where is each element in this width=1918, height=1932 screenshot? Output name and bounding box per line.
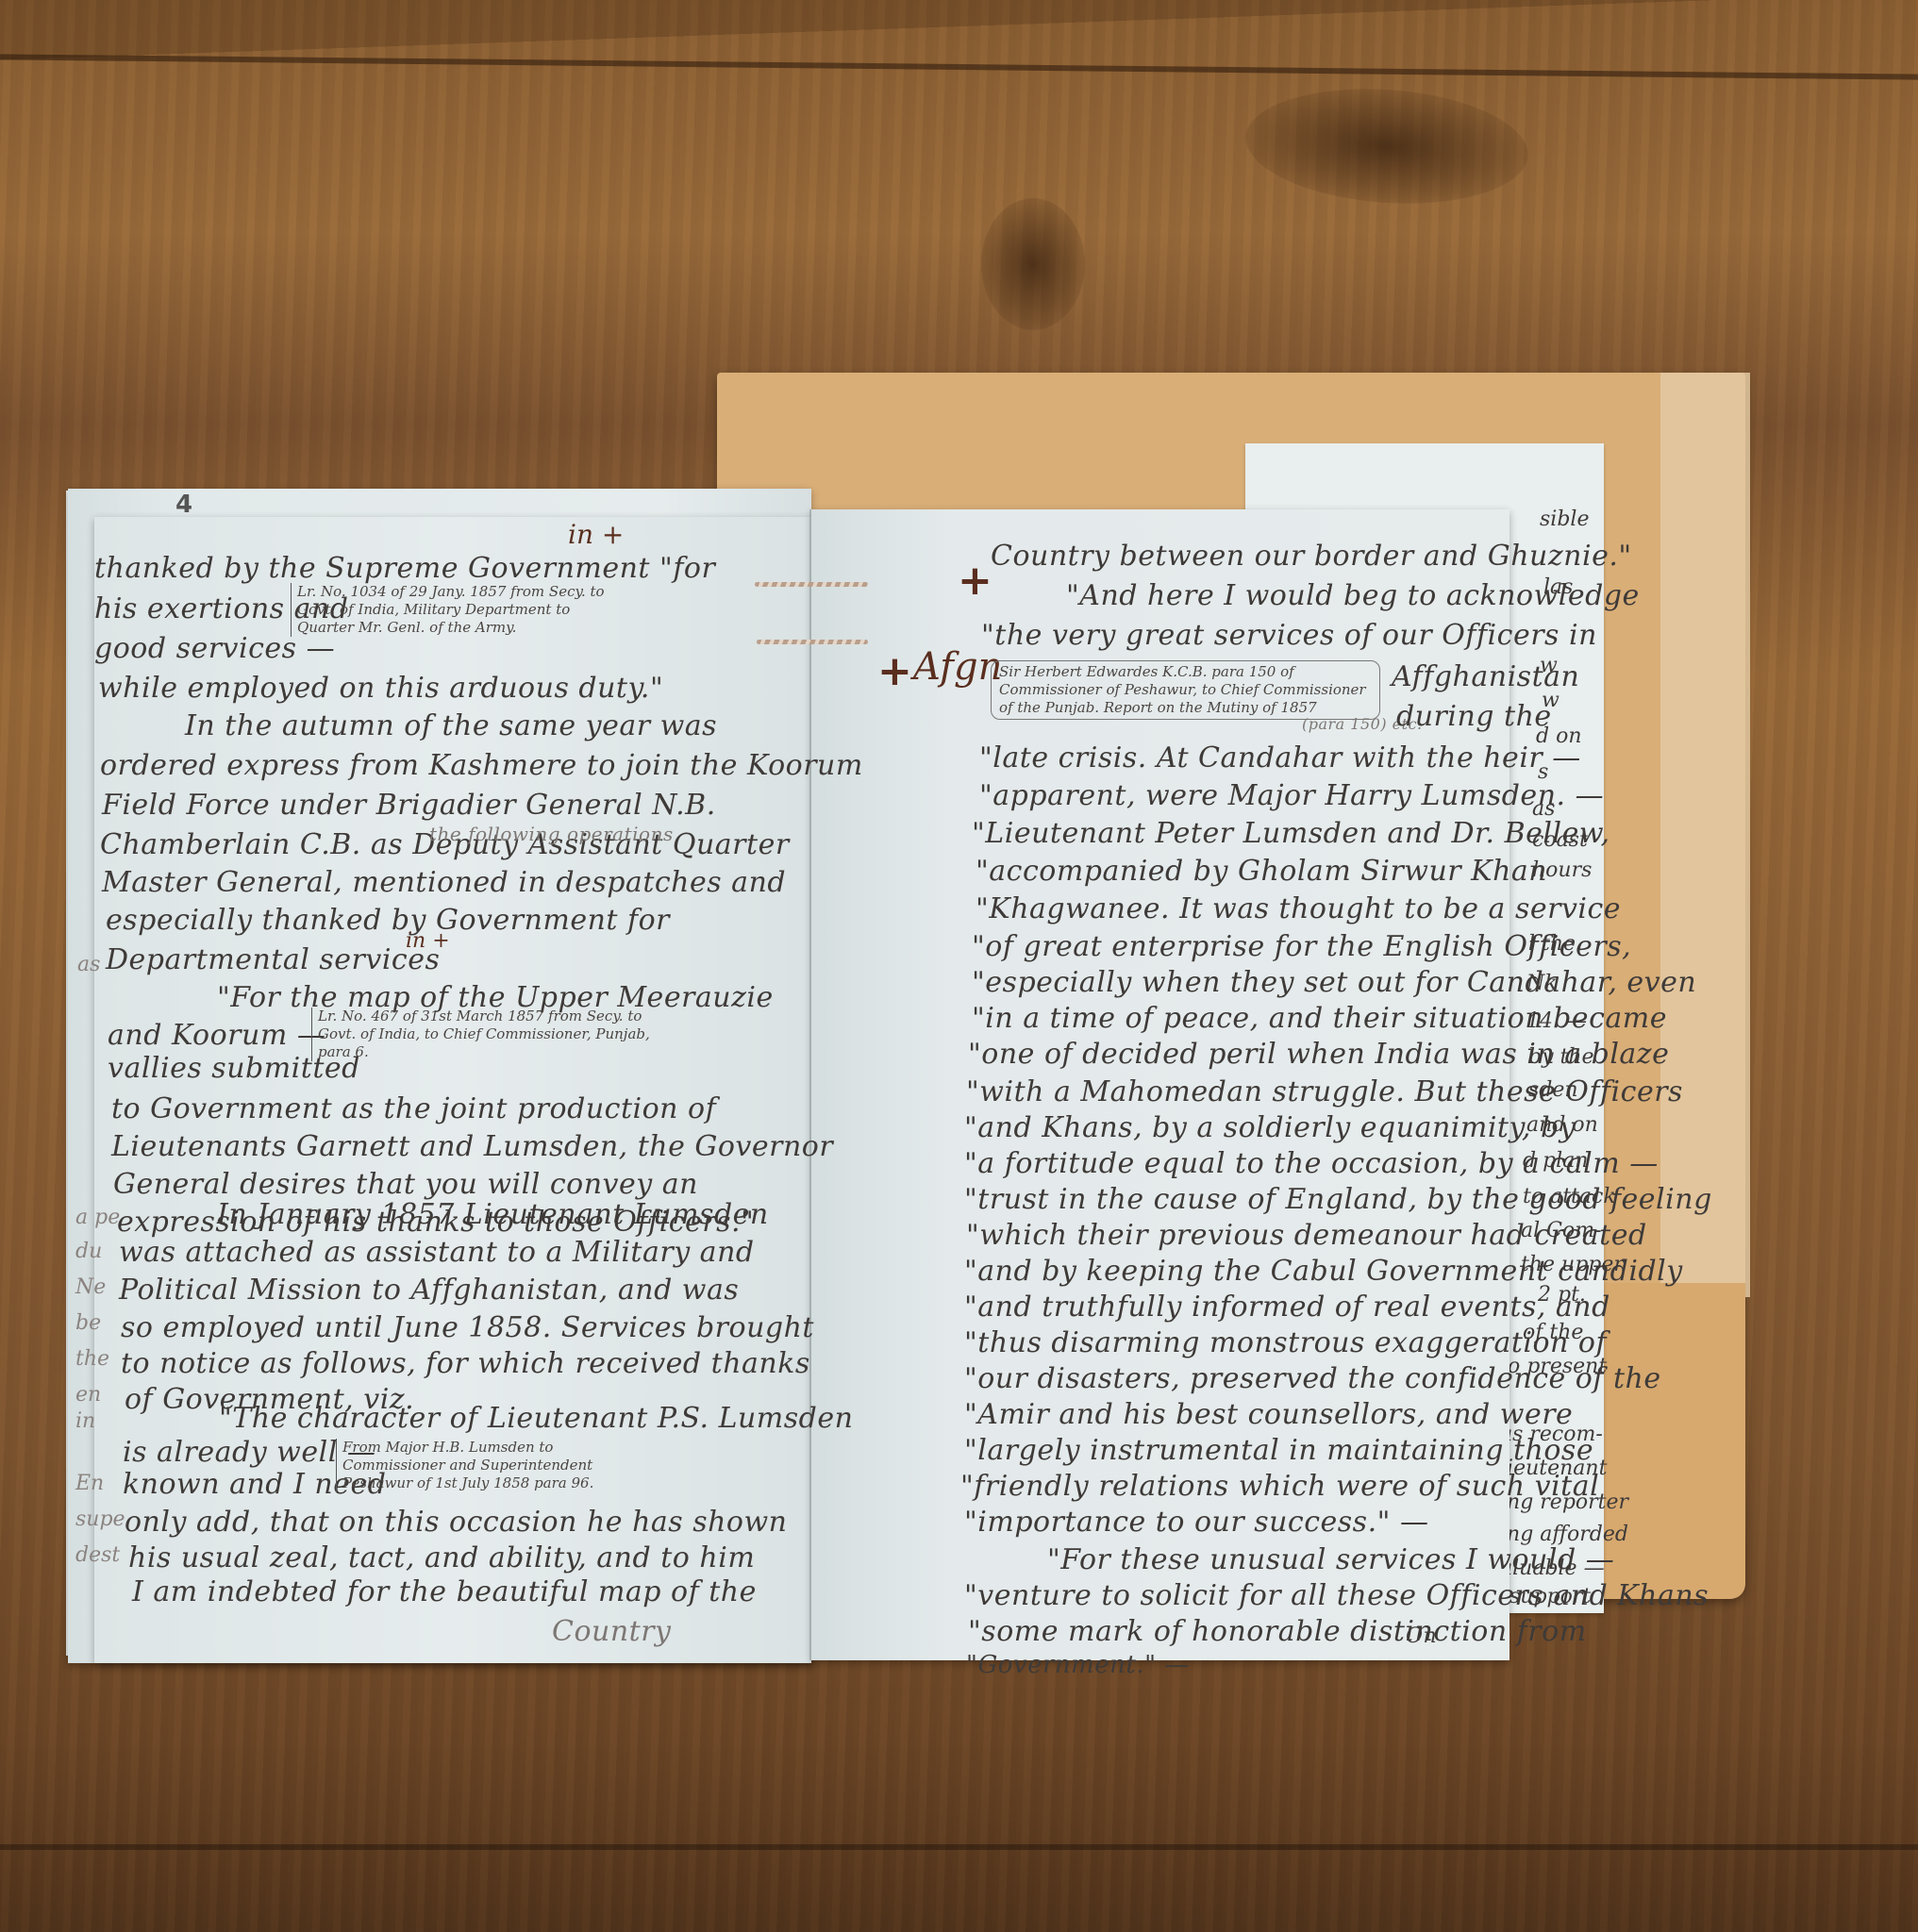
text-line: Affghanistan [1392, 660, 1579, 693]
table-plank-seam [0, 54, 1918, 79]
text-line: "and Khans, by a soldierly equanimity, b… [964, 1111, 1576, 1144]
text-line: Field Force under Brigadier General N.B. [102, 789, 716, 822]
text-line: was attached as assistant to a Military … [119, 1236, 755, 1269]
fragment: as [77, 953, 100, 976]
text-line: "apparent, were Major Harry Lumsden. — [979, 779, 1604, 812]
text-line: "which their previous demeanour had crea… [966, 1219, 1647, 1252]
binding-stitch [755, 582, 868, 587]
catchword: On [1406, 1624, 1437, 1648]
plus-mark: + [958, 557, 992, 605]
fragment: dest [75, 1543, 120, 1567]
text-line: "and by keeping the Cabul Government can… [964, 1255, 1683, 1288]
booklet-gutter [809, 509, 811, 1660]
text-line: "in a time of peace, and their situation… [972, 1002, 1667, 1035]
text-line: "Government." — [966, 1651, 1190, 1679]
text-line: "late crisis. At Candahar with the heir … [979, 741, 1581, 774]
text-line: Departmental services [106, 943, 440, 976]
text-line: only add, that on this occasion he has s… [125, 1506, 788, 1539]
wood-knot [981, 198, 1085, 330]
text-line: "venture to solicit for all these Office… [964, 1579, 1709, 1612]
text-line: and Koorum — [108, 1019, 325, 1052]
faint-insertion: the following operations [429, 823, 674, 845]
text-line: his usual zeal, tact, and ability, and t… [128, 1541, 755, 1574]
text-line: General desires that you will convey an [113, 1168, 698, 1201]
marginal-reference-note: Sir Herbert Edwardes K.C.B. para 150 of … [991, 660, 1380, 720]
annotation-word: Afgn [913, 645, 1002, 689]
text-line: I am indebted for the beautiful map of t… [132, 1575, 757, 1608]
fragment: the [75, 1347, 109, 1371]
text-line: "one of decided peril when India was in … [968, 1038, 1669, 1071]
text-line: "trust in the cause of England, by the g… [964, 1183, 1712, 1216]
fragment: in [75, 1409, 95, 1433]
fragment: en [75, 1383, 101, 1407]
text-line: "Khagwanee. It was thought to be a servi… [976, 892, 1621, 925]
text-line: "largely instrumental in maintaining tho… [964, 1434, 1593, 1467]
text-line: "some mark of honorable distinction from [968, 1615, 1587, 1648]
text-line: "thus disarming monstrous exaggeration o… [964, 1326, 1607, 1359]
text-line: In the autumn of the same year was [185, 709, 717, 742]
text-line: "friendly relations which were of such v… [960, 1470, 1599, 1503]
text-line: In January 1857 Lieutenant Lumsden [217, 1198, 769, 1231]
text-line: "especially when they set out for Candah… [972, 966, 1696, 999]
text-line: "importance to our success." — [964, 1506, 1428, 1539]
text-line: "of great enterprise for the English Off… [972, 930, 1631, 963]
marginal-reference-note: From Major H.B. Lumsden to Commissioner … [336, 1439, 654, 1492]
fragment: Ne [75, 1275, 106, 1299]
text-line: "a fortitude equal to the occasion, by a… [964, 1147, 1659, 1180]
text-line: thanked by the Supreme Government "for [94, 552, 715, 585]
text-line: Country between our border and Ghuznie." [991, 540, 1632, 573]
text-line: to Government as the joint production of [111, 1092, 716, 1125]
fragment: du [75, 1240, 102, 1263]
binding-stitch [757, 640, 868, 644]
text-line: to notice as follows, for which received… [121, 1347, 810, 1380]
text-line: Political Mission to Affghanistan, and w… [119, 1274, 739, 1307]
marginal-reference-note: Lr. No. 1034 of 29 Jany. 1857 from Secy.… [291, 583, 609, 637]
fragment: supe [75, 1507, 125, 1531]
text-line: especially thanked by Government for [106, 904, 670, 937]
text-line: "accompanied by Gholam Sirwur Khan [976, 855, 1547, 888]
fragment: En [75, 1472, 104, 1495]
folder-edge [1660, 373, 1750, 1297]
text-line: good services — [94, 632, 335, 665]
fragment: be [75, 1311, 101, 1335]
table-plank-seam [0, 1844, 1918, 1850]
text-line: while employed on this arduous duty." [98, 672, 663, 705]
fragment: a pe [75, 1206, 120, 1229]
text-line: Lieutenants Garnett and Lumsden, the Gov… [111, 1130, 833, 1163]
text-line: Master General, mentioned in despatches … [102, 866, 786, 899]
text-line: "the very great services of our Officers… [981, 619, 1597, 652]
fragment: sible [1540, 508, 1589, 531]
marginal-reference-note: Lr. No. 467 of 31st March 1857 from Secy… [311, 1008, 658, 1061]
text-line: ordered express from Kashmere to join th… [100, 749, 863, 782]
insertion-mark: in + [568, 519, 624, 550]
text-line: "Lieutenant Peter Lumsden and Dr. Bellew… [972, 817, 1610, 850]
text-line: "our disasters, preserved the confidence… [964, 1362, 1661, 1395]
text-line: during the [1396, 700, 1552, 733]
catchword: Country [552, 1615, 672, 1648]
corner-mark: 4 [175, 491, 192, 519]
text-line: "Amir and his best counsellors, and were [964, 1398, 1573, 1431]
text-line: "For these unusual services I would — [1047, 1543, 1614, 1576]
wood-knot [1242, 80, 1532, 213]
text-line: "and truthfully informed of real events,… [964, 1291, 1610, 1324]
text-line: "The character of Lieutenant P.S. Lumsde… [219, 1402, 853, 1435]
text-line: so employed until June 1858. Services br… [121, 1311, 814, 1344]
text-line: "And here I would beg to acknowledge [1066, 579, 1640, 612]
insertion-mark: in + [406, 929, 450, 953]
text-line: "with a Mahomedan struggle. But these Of… [966, 1075, 1683, 1108]
plus-mark: + [877, 647, 912, 695]
